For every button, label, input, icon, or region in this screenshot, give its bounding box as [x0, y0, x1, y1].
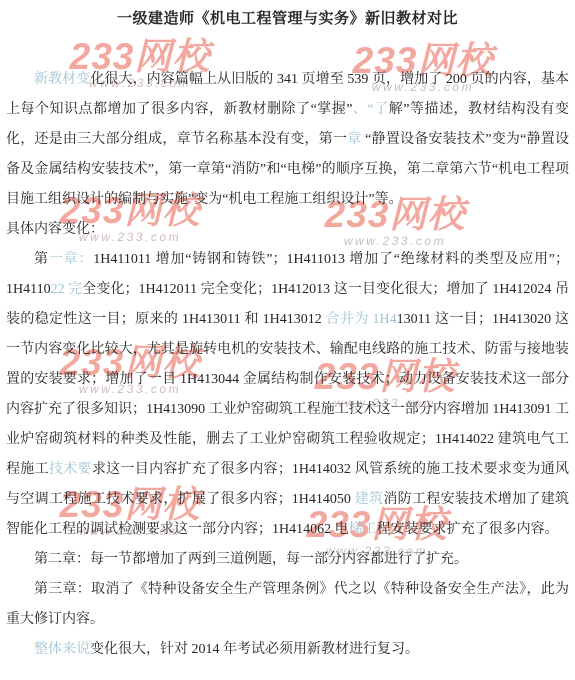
text-run-faded: 、“了	[353, 102, 389, 117]
text-run-faded: 合并为 1H4	[326, 312, 397, 327]
text-run-faded: 22 完	[51, 282, 83, 297]
page-title: 一级建造师《机电工程管理与实务》新旧教材对比	[0, 0, 575, 28]
text-run-faded: 技术要	[49, 462, 92, 477]
text-run-faded: 一章：	[49, 252, 93, 267]
text-run: 13011 这一目；1H413020 这一节内容变化比较大，尤其是旋转电机的安装…	[6, 312, 569, 477]
paragraph: 第二章：每一节都增加了两到三道例题，每一部分内容都进行了扩充。	[6, 545, 569, 575]
document-page: 233网校www.233.com233网校www.233.com233网校www…	[0, 0, 575, 680]
text-run-faded: 梯工	[349, 522, 377, 537]
text-run: 第二章：每一节都增加了两到三道例题，每一部分内容都进行了扩充。	[34, 552, 468, 567]
text-run-faded: 章	[347, 132, 365, 147]
paragraph: 整体来说变化很大，针对 2014 年考试必须用新教材进行复习。	[6, 635, 569, 665]
paragraph: 新教材变化很大，内容篇幅上从旧版的 341 页增至 539 页，增加了 200 …	[6, 65, 569, 215]
text-run: 具体内容变化：	[6, 222, 104, 237]
text-run-faded: 整体来说	[34, 642, 90, 657]
paragraph: 具体内容变化：	[6, 215, 569, 245]
text-run: 变化很大，针对 2014 年考试必须用新教材进行复习。	[90, 642, 419, 657]
text-run-faded: 新教材变	[34, 72, 90, 87]
paragraph: 第一章：1H411011 增加“铸钢和铸铁”；1H411013 增加了“绝缘材料…	[6, 245, 569, 545]
text-run: 第三章：取消了《特种设备安全生产管理条例》代之以《特种设备安全生产法》，此为重大…	[6, 582, 569, 627]
paragraph: 第三章：取消了《特种设备安全生产管理条例》代之以《特种设备安全生产法》，此为重大…	[6, 575, 569, 635]
document-body: 新教材变化很大，内容篇幅上从旧版的 341 页增至 539 页，增加了 200 …	[0, 65, 575, 665]
text-run-faded: 建筑	[355, 492, 384, 507]
text-run: 第	[34, 252, 49, 267]
text-run: 程安装要求扩充了很多内容。	[377, 522, 559, 537]
